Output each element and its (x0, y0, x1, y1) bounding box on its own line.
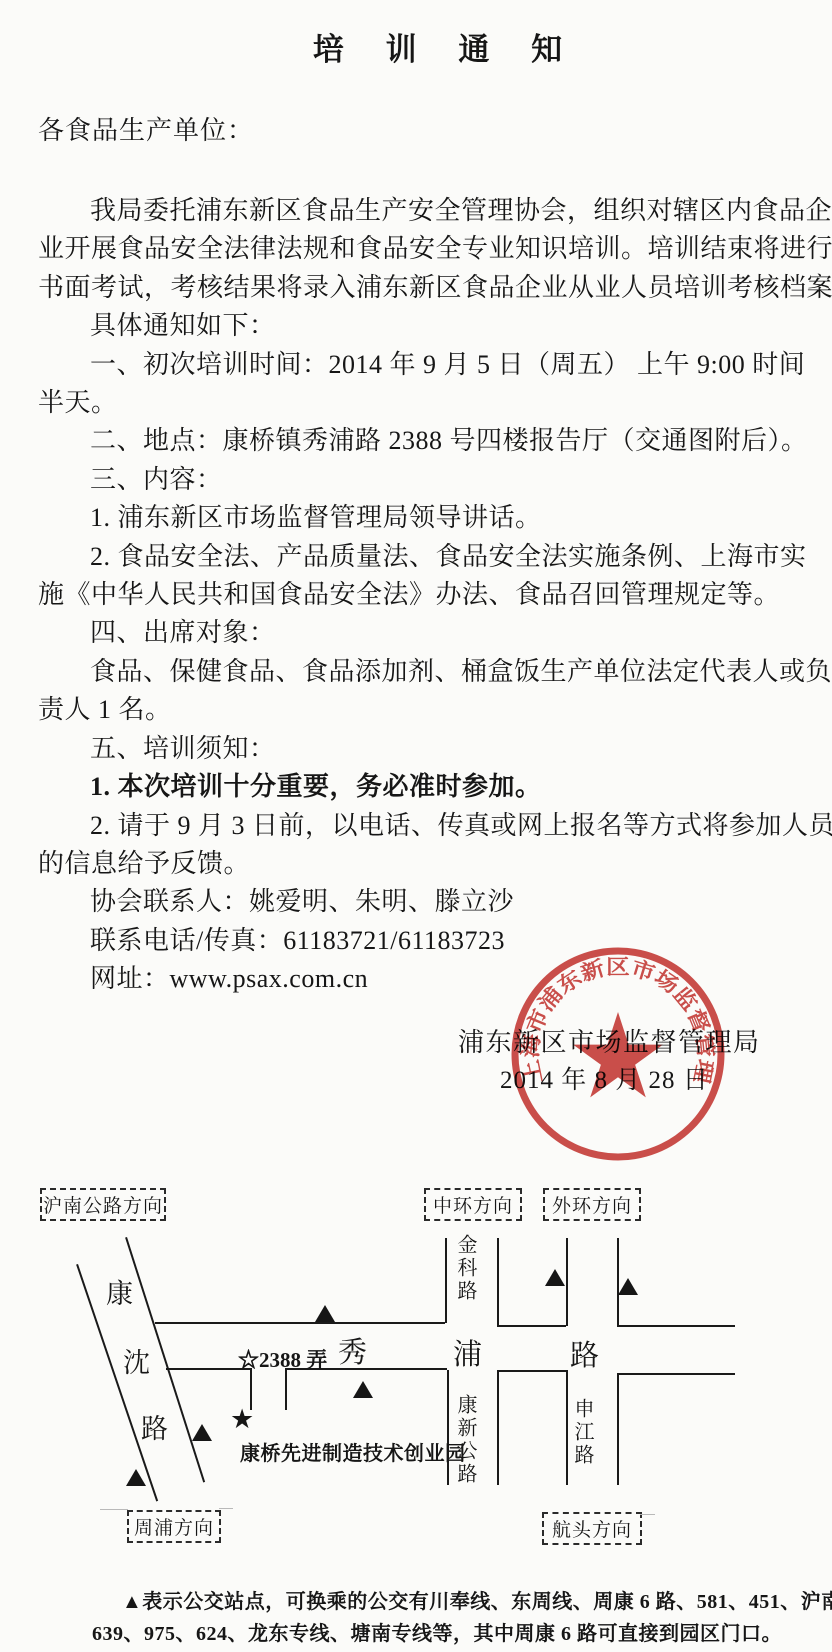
road-label-kangshen-2: 沈 (123, 1341, 150, 1380)
map-road-line (617, 1325, 735, 1327)
body-line: 业开展食品安全法律法规和食品安全专业知识培训。培训结束将进行 (38, 230, 796, 268)
map-road-line (497, 1370, 499, 1485)
body-line: 半天。 (38, 384, 796, 422)
bus-stop-icon (353, 1381, 373, 1398)
page-title: 培 训 通 知 (30, 24, 832, 69)
body-line: 1. 浦东新区市场监督管理局领导讲话。 (38, 499, 796, 537)
map-road-line (497, 1370, 566, 1372)
road-label-xiupu-1: 秀 (338, 1330, 367, 1371)
map-road-line (447, 1370, 449, 1485)
legend-note-line1: ▲表示公交站点，可换乘的公交有川奉线、东周线、周康 6 路、581、451、沪南… (122, 1585, 832, 1614)
body-line: 施《中华人民共和国食品安全法》办法、食品召回管理规定等。 (38, 576, 796, 614)
road-label-xiupu-2: 浦 (453, 1332, 482, 1373)
map-road-line (617, 1373, 619, 1485)
map-road-line (155, 1322, 445, 1324)
body-line: 具体通知如下： (38, 307, 796, 345)
seal-star-icon (573, 1012, 663, 1097)
body-line: 食品、保健食品、食品添加剂、桶盒饭生产单位法定代表人或负 (38, 653, 796, 691)
landmark-star-icon: ★ (230, 1404, 254, 1435)
bus-stop-icon (545, 1269, 565, 1286)
road-label-xiupu-3: 路 (570, 1333, 599, 1374)
direction-box-hunan: 沪南公路方向 (40, 1188, 166, 1221)
body-line: 责人 1 名。 (38, 691, 796, 729)
bus-stop-icon (315, 1305, 335, 1322)
salutation: 各食品生产单位： (38, 110, 254, 147)
scan-artifact-line (640, 1514, 655, 1515)
bus-stop-icon (192, 1424, 212, 1441)
map-road-line (445, 1238, 447, 1323)
direction-box-zhoupu: 周浦方向 (127, 1510, 221, 1543)
official-seal-stamp: 上海市浦东新区市场监督管理局 (498, 936, 738, 1176)
bus-stop-icon (126, 1469, 146, 1486)
road-label-shenjiang: 申江路 (572, 1398, 592, 1467)
body-line: 一、初次培训时间：2014 年 9 月 5 日（周五） 上午 9:00 时间 (38, 346, 796, 384)
body-line: 2. 食品安全法、产品质量法、食品安全法实施条例、上海市实 (38, 538, 796, 576)
body-line: 协会联系人：姚爱明、朱明、滕立沙 (38, 883, 796, 921)
landmark-label: 康桥先进制造技术创业园 (240, 1437, 466, 1466)
scan-artifact-line (219, 1508, 233, 1509)
direction-box-hangtou: 航头方向 (542, 1512, 642, 1545)
map-road-line (497, 1238, 499, 1326)
body-line: 1. 本次培训十分重要，务必准时参加。 (38, 768, 796, 806)
scan-artifact-line (100, 1509, 128, 1510)
road-label-kangshen-3: 路 (141, 1407, 168, 1446)
map-road-line (566, 1238, 568, 1326)
scanned-notice-page: 培 训 通 知 各食品生产单位： 我局委托浦东新区食品生产安全管理协会，组织对辖… (0, 0, 832, 1652)
direction-box-zhonghuan: 中环方向 (424, 1188, 522, 1221)
body-line: 二、地点：康桥镇秀浦路 2388 号四楼报告厅（交通图附后）。 (38, 422, 796, 460)
map-road-line (617, 1373, 735, 1375)
body-line: 的信息给予反馈。 (38, 845, 796, 883)
bus-stop-icon (618, 1278, 638, 1295)
lane-2388-label: ☆2388 弄 (238, 1344, 327, 1374)
map-road-line (497, 1325, 566, 1327)
road-label-kangshen-1: 康 (106, 1272, 133, 1311)
body-line: 书面考试，考核结果将录入浦东新区食品企业从业人员培训考核档案。 (38, 269, 796, 307)
body-line: 三、内容： (38, 461, 796, 499)
body-line: 五、培训须知： (38, 730, 796, 768)
direction-box-waihuan: 外环方向 (543, 1188, 641, 1221)
body-line: 四、出席对象： (38, 614, 796, 652)
road-label-jinke: 金科路 (455, 1234, 475, 1303)
body-line: 我局委托浦东新区食品生产安全管理协会，组织对辖区内食品企 (38, 192, 796, 230)
map-road-line (285, 1368, 287, 1410)
map-road-line (566, 1370, 568, 1485)
body-line: 2. 请于 9 月 3 日前，以电话、传真或网上报名等方式将参加人员 (38, 807, 796, 845)
body-text: 我局委托浦东新区食品生产安全管理协会，组织对辖区内食品企业开展食品安全法律法规和… (38, 192, 796, 999)
legend-note-line2: 639、975、624、龙东专线、塘南专线等，其中周康 6 路可直接到园区门口。 (92, 1617, 782, 1646)
